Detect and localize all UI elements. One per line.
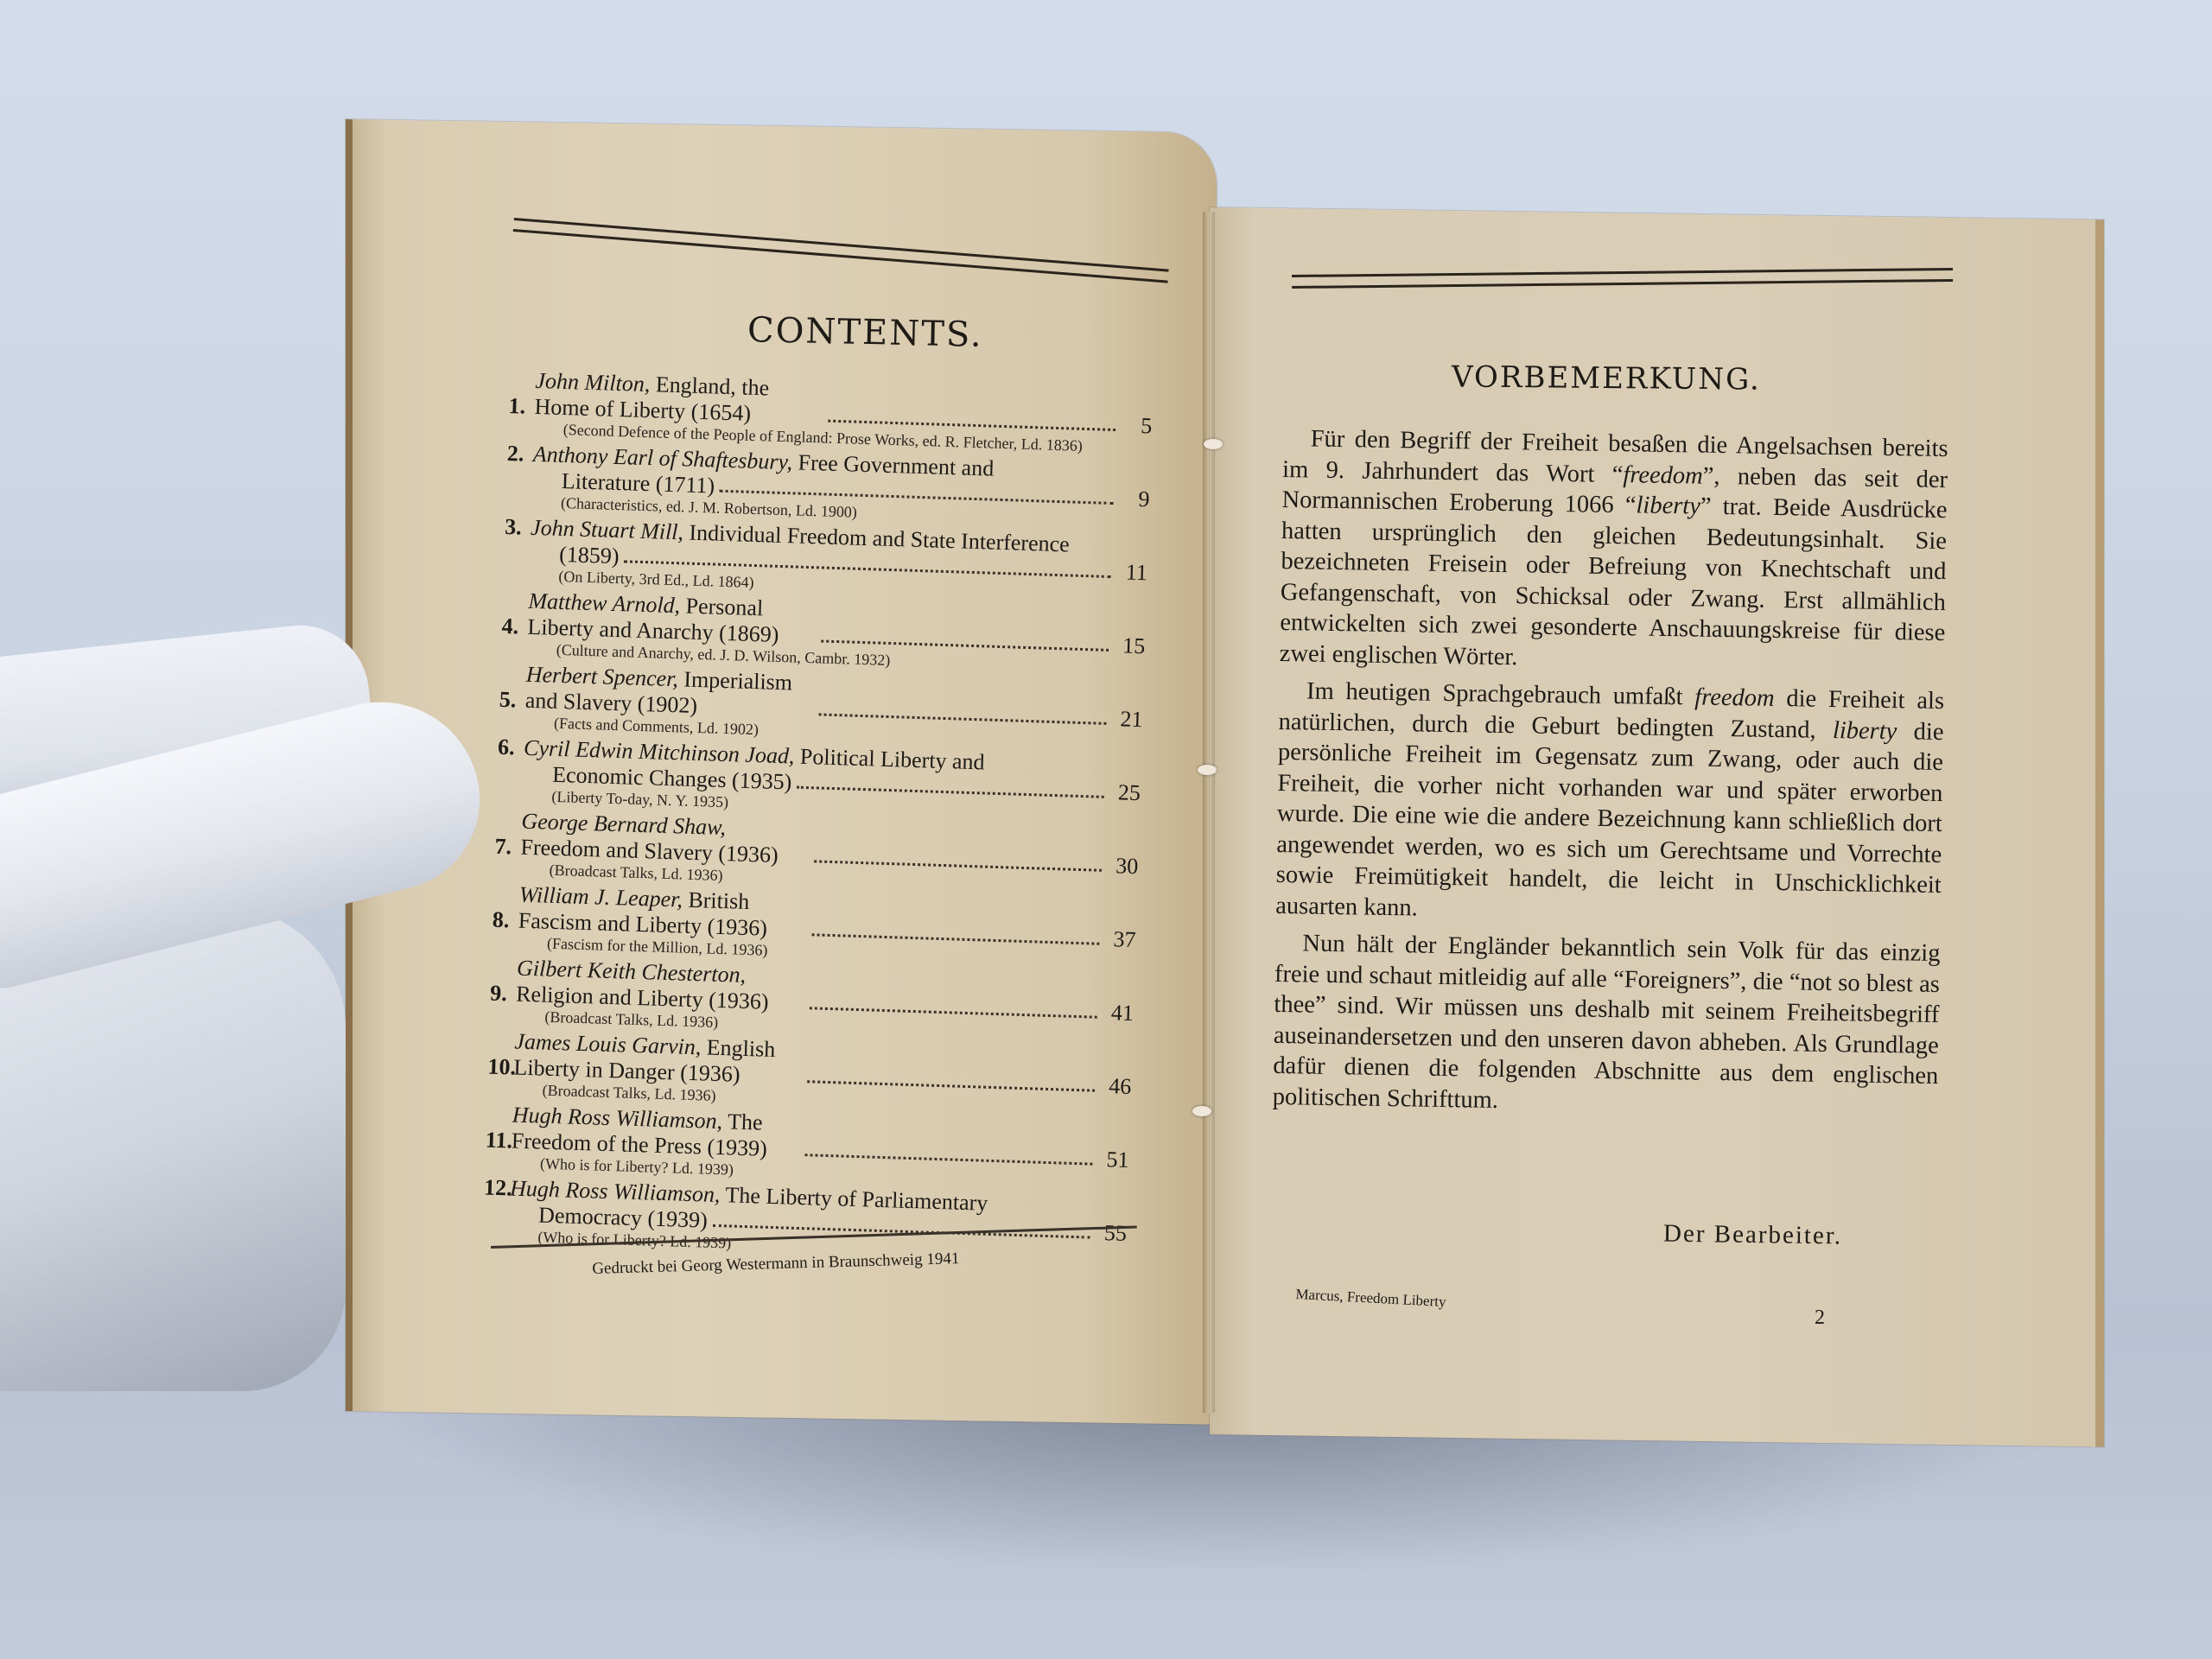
leader-dots [821, 639, 1109, 651]
page-number: 2 [1815, 1306, 1825, 1330]
paragraph-text: Im heutigen Sprachgebrauch umfaßt [1306, 677, 1695, 710]
emphasized-term: liberty [1833, 717, 1897, 745]
toc-page-number: 15 [1114, 632, 1146, 659]
toc-author: William J. Leaper, [518, 882, 683, 912]
toc-title-text: George Bernard Shaw, Freedom and Slavery… [520, 809, 810, 869]
leader-dots [814, 860, 1102, 871]
toc-number: 3. [505, 514, 531, 541]
toc-page-number: 55 [1095, 1220, 1127, 1247]
toc-title-text: William J. Leaper, British Fascism and L… [518, 882, 807, 943]
toc-page-number: 30 [1107, 853, 1139, 880]
toc-author: John Stuart Mill, [531, 515, 684, 545]
toc-number: 6. [498, 734, 524, 761]
toc-page-number: 41 [1102, 1000, 1134, 1027]
signature: Der Bearbeiter. [1663, 1220, 1843, 1251]
leader-dots [809, 1007, 1096, 1018]
toc-number: 7. [494, 834, 521, 861]
toc-title-text: Matthew Arnold, Personal Liberty and Ana… [527, 588, 817, 649]
toc-number: 2. [506, 441, 533, 467]
toc-page-number: 21 [1111, 706, 1143, 733]
toc-page-number: 46 [1100, 1073, 1132, 1100]
toc-author: John Milton, [535, 368, 651, 397]
table-of-contents: 1.John Milton, England, the Home of Libe… [482, 367, 1154, 1268]
toc-number: 10. [487, 1054, 514, 1081]
preface-paragraph: Für den Begriff der Freiheit besaßen die… [1280, 423, 1948, 679]
toc-number: 9. [490, 981, 517, 1007]
toc-number: 12. [484, 1175, 511, 1202]
toc-title-text: Herbert Spencer, Imperialism and Slavery… [524, 662, 814, 722]
toc-author: Matthew Arnold, [528, 588, 681, 619]
paragraph-text: die persönliche Freiheit im Gegensatz zu… [1275, 718, 1944, 921]
preface-body: Für den Begriff der Freiheit besaßen die… [1272, 423, 1948, 1129]
leader-dots [807, 1080, 1095, 1091]
staple-icon [1204, 439, 1223, 449]
paragraph-text: ” trat. Beide Ausdrücke hatten ursprüngl… [1280, 493, 1948, 671]
contents-title: CONTENTS. [747, 310, 984, 355]
leader-dots [828, 420, 1116, 431]
toc-page-number: 5 [1121, 412, 1153, 439]
staple-icon [1198, 765, 1217, 775]
toc-title-text: Hugh Ross Williamson, The Freedom of the… [511, 1103, 800, 1163]
toc-title-text: James Louis Garvin, English Liberty in D… [513, 1029, 803, 1090]
toc-title: Political Liberty and [799, 744, 985, 775]
leader-dots [811, 933, 1099, 944]
toc-title-text: Gilbert Keith Chesterton, Religion and L… [516, 956, 805, 1016]
toc-page-number: 9 [1118, 486, 1150, 512]
toc-page-number: 51 [1097, 1147, 1129, 1173]
toc-title: Free Government and [798, 450, 995, 481]
leader-dots [804, 1154, 1092, 1165]
toc-page-number: 37 [1104, 926, 1136, 953]
staple-icon [1192, 1106, 1211, 1116]
toc-number: 5. [499, 687, 525, 714]
toc-page-number: 25 [1109, 779, 1141, 806]
emphasized-term: freedom [1623, 461, 1703, 489]
toc-number: 4. [501, 613, 528, 640]
toc-page-number: 11 [1116, 559, 1147, 586]
glove-palm [0, 907, 346, 1391]
toc-title-continued: (1859) [559, 542, 620, 569]
toc-author: Herbert Spencer, [525, 662, 678, 692]
preface-paragraph: Im heutigen Sprachgebrauch umfaßt freedo… [1275, 676, 1944, 931]
book-spine [1203, 212, 1215, 1413]
preface-paragraph: Nun hält der Engländer bekanntlich sein … [1272, 928, 1940, 1122]
emphasized-term: freedom [1694, 684, 1775, 712]
toc-number: 8. [492, 907, 518, 934]
leader-dots [818, 713, 1106, 724]
paragraph-text: Nun hält der Engländer bekanntlich sein … [1273, 930, 1941, 1113]
emphasized-term: liberty [1636, 492, 1700, 519]
toc-number: 11. [485, 1128, 512, 1154]
toc-number: 1. [508, 393, 535, 420]
toc-title-text: John Milton, England, the Home of Libert… [534, 368, 823, 429]
preface-title: VORBEMERKUNG. [1452, 359, 1761, 397]
